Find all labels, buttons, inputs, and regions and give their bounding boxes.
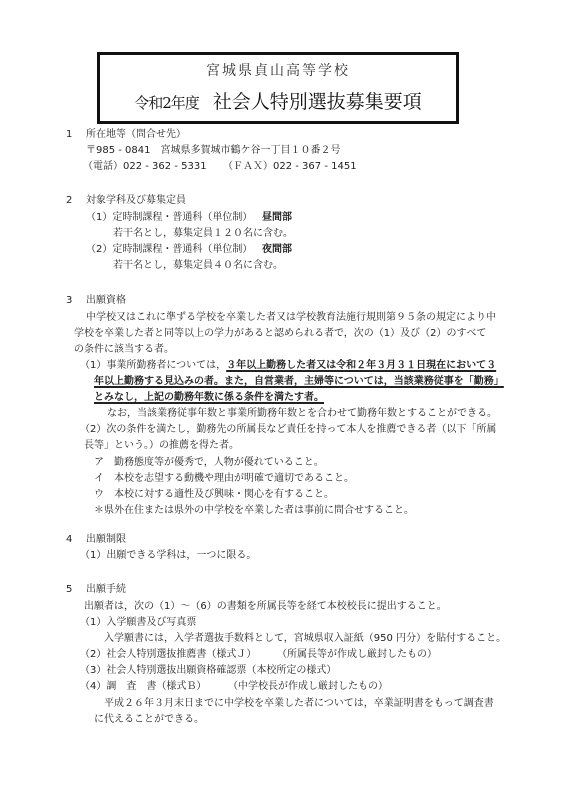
sub-item-i: イ 本校を志望する動機や理由が明確で適切であること。 xyxy=(94,472,354,485)
course-2-note: 若干名とし，募集定員４０名に含む。 xyxy=(113,259,283,272)
fax: （ＦＡＸ）022 - 367 - 1451 xyxy=(223,160,357,173)
asterisk-note: ＊県外在住または県外の中学校を卒業した者は事前に問合せすること。 xyxy=(94,504,414,517)
section-5-heading: 出願手続 xyxy=(86,583,126,596)
condition-2-line-2: 長等」という。）の推薦を得た者。 xyxy=(84,439,239,452)
condition-1-underlined-3: とみなし，上記の勤務年数に係る条件を満たす者。 xyxy=(94,391,324,404)
section-1-number: 1 xyxy=(66,128,72,141)
document-4: （4）調 査 書（様式Ｂ） xyxy=(80,680,206,693)
section-3-intro-2: 学校を卒業した者と同等以上の学力があると認められる者で，次の（1）及び（2）のす… xyxy=(74,327,486,340)
condition-1-prefix: （1）事業所勤務者については， xyxy=(80,360,226,371)
condition-2-line-1: （2）次の条件を満たし，勤務先の所属長など責任を持って本人を推薦できる者（以下「… xyxy=(80,423,496,436)
document-4-detail-1: 平成２６年３月末日までに中学校を卒業した者については，卒業証明書をもって調査書 xyxy=(104,697,494,710)
document-1: （1）入学願書及び写真票 xyxy=(80,616,196,629)
section-3-heading: 出願資格 xyxy=(86,294,126,307)
section-4-number: 4 xyxy=(66,533,72,546)
document-2: （2）社会人特別選抜推薦書（様式Ｊ） xyxy=(80,648,256,661)
sub-item-u: ウ 本校に対する適性及び興味・関心を有すること。 xyxy=(94,488,334,501)
condition-1-note: なお，当該業務従事年数と事業所勤務年数とを合わせて勤務年数とすることができる。 xyxy=(107,407,497,420)
section-3-number: 3 xyxy=(66,294,72,307)
section-5-number: 5 xyxy=(66,583,72,596)
section-4-heading: 出願制限 xyxy=(86,533,126,546)
section-2-number: 2 xyxy=(66,194,72,207)
document-2-note: （所属長等が作成し厳封したもの） xyxy=(277,648,437,661)
title-text: 社会人特別選抜募集要項 xyxy=(213,91,422,113)
section-4-item: （1）出願できる学科は，一つに限る。 xyxy=(80,549,256,562)
school-name: 宮城県貞山高等学校 xyxy=(100,60,456,80)
condition-1-underlined-1: ３年以上勤務した者又は令和２年３月３１日現在において３ xyxy=(226,360,496,371)
document-3: （3）社会人特別選抜出願資格確認票（本校所定の様式） xyxy=(80,664,336,677)
document-title: 令和2年度社会人特別選抜募集要項 xyxy=(100,87,456,114)
course-2-label: （2）定時制課程・普通科（単位制） xyxy=(86,243,252,256)
course-1-label: （1）定時制課程・普通科（単位制） xyxy=(86,211,252,224)
section-5-intro: 出願者は，次の（1）～（6）の書類を所属長等を経て本校校長に提出すること。 xyxy=(84,600,447,613)
document-4-note: （中学校長が作成し厳封したもの） xyxy=(228,680,388,693)
condition-1-underlined-2: 年以上勤務する見込みの者。また，自営業者，主婦等については，当該業務従事を「勤務… xyxy=(94,375,504,388)
section-1-heading: 所在地等（問合せ先） xyxy=(86,128,186,141)
sub-item-a: ア 勤務態度等が優秀で，人物が優れていること。 xyxy=(94,456,324,469)
document-4-detail-2: に代えることができる。 xyxy=(94,713,204,726)
title-year: 令和2年度 xyxy=(134,94,199,112)
section-3-intro-1: 中学校又はこれに準ずる学校を卒業した者又は学校教育法施行規則第９５条の規定により… xyxy=(86,311,496,324)
address: 〒985 - 0841 宮城県多賀城市鶴ケ谷一丁目１０番２号 xyxy=(86,144,341,157)
phone: （電話）022 - 362 - 5331 xyxy=(83,160,207,173)
course-1-dept: 昼間部 xyxy=(262,211,292,224)
condition-1: （1）事業所勤務者については，３年以上勤務した者又は令和２年３月３１日現在におい… xyxy=(80,359,496,372)
section-2-heading: 対象学科及び募集定員 xyxy=(86,194,186,207)
title-box: 宮城県貞山高等学校 令和2年度社会人特別選抜募集要項 xyxy=(97,52,459,124)
section-3-intro-3: の条件に該当する者。 xyxy=(74,343,174,356)
document-1-note: 入学願書には，入学者選抜手数料として，宮城県収入証紙（950 円分）を貼付するこ… xyxy=(104,632,506,645)
course-1-note: 若干名とし，募集定員１２０名に含む。 xyxy=(113,227,293,240)
document-page: 宮城県貞山高等学校 令和2年度社会人特別選抜募集要項 1 所在地等（問合せ先） … xyxy=(0,0,565,800)
course-2-dept: 夜間部 xyxy=(262,243,292,256)
